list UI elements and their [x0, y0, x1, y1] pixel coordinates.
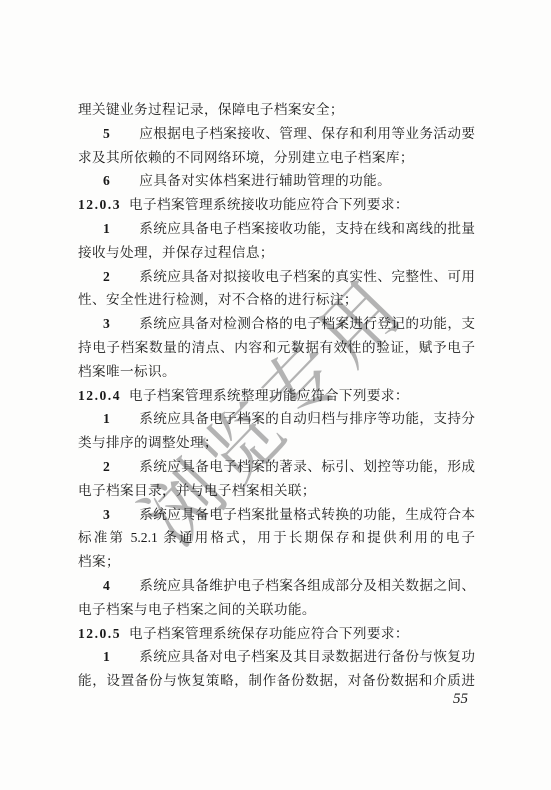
text-line: 12.0.5电子档案管理系统保存功能应符合下列要求：	[78, 622, 475, 646]
clause-number: 12.0.3	[78, 197, 121, 212]
text-line: 求及其所依赖的不同网络环境，分别建立电子档案库；	[78, 146, 475, 170]
line-text: 系统应具备电子档案的著录、标引、划控等功能，形成	[139, 459, 475, 474]
line-text: 档案；	[78, 554, 120, 569]
item-number: 1	[103, 649, 110, 664]
item-number: 1	[103, 411, 110, 426]
line-text: 理关键业务过程记录，保障电子档案安全；	[78, 102, 344, 117]
line-text: 电子档案管理系统整理功能应符合下列要求：	[129, 388, 409, 403]
text-line: 6应具备对实体档案进行辅助管理的功能。	[78, 169, 475, 193]
text-line: 4系统应具备维护电子档案各组成部分及相关数据之间、	[78, 574, 475, 598]
text-line: 3系统应具备电子档案批量格式转换的功能，生成符合本	[78, 503, 475, 527]
text-line: 接收与处理，并保存过程信息；	[78, 241, 475, 265]
line-text: 类与排序的调整处理；	[78, 435, 218, 450]
text-line: 类与排序的调整处理；	[78, 431, 475, 455]
text-line: 3系统应具备对检测合格的电子档案进行登记的功能，支	[78, 312, 475, 336]
line-text: 标准第 5.2.1 条通用格式，用于长期保存和提供利用的电子	[78, 530, 475, 545]
text-line: 档案；	[78, 550, 475, 574]
clause-number: 12.0.5	[78, 626, 121, 641]
line-text: 系统应具备电子档案接收功能，支持在线和离线的批量	[139, 221, 475, 236]
line-text: 系统应具备电子档案的自动归档与排序等功能，支持分	[139, 411, 475, 426]
text-line: 能，设置备份与恢复策略，制作备份数据，对备份数据和介质进	[78, 669, 475, 693]
page-number: 55	[453, 691, 468, 708]
line-text: 电子档案管理系统保存功能应符合下列要求：	[129, 626, 409, 641]
text-line: 理关键业务过程记录，保障电子档案安全；	[78, 98, 475, 122]
line-text: 应具备对实体档案进行辅助管理的功能。	[139, 173, 391, 188]
text-line: 性、安全性进行检测，对不合格的进行标注；	[78, 288, 475, 312]
line-text: 求及其所依赖的不同网络环境，分别建立电子档案库；	[78, 150, 414, 165]
text-line: 12.0.3电子档案管理系统接收功能应符合下列要求：	[78, 193, 475, 217]
line-text: 档案唯一标识。	[78, 364, 176, 379]
item-number: 3	[103, 316, 110, 331]
line-text: 性、安全性进行检测，对不合格的进行标注；	[78, 292, 358, 307]
line-text: 系统应具备对检测合格的电子档案进行登记的功能，支	[139, 316, 475, 331]
item-number: 4	[103, 578, 110, 593]
line-text: 持电子档案数量的清点、内容和元数据有效性的验证，赋予电子	[78, 340, 475, 355]
text-line: 1系统应具备电子档案接收功能，支持在线和离线的批量	[78, 217, 475, 241]
item-number: 3	[103, 507, 110, 522]
item-number: 2	[103, 459, 110, 474]
line-text: 电子档案管理系统接收功能应符合下列要求：	[129, 197, 409, 212]
line-text: 电子档案与电子档案之间的关联功能。	[78, 602, 316, 617]
text-line: 5应根据电子档案接收、管理、保存和利用等业务活动要	[78, 122, 475, 146]
text-line: 1系统应具备对电子档案及其目录数据进行备份与恢复功	[78, 645, 475, 669]
line-text: 系统应具备对拟接收电子档案的真实性、完整性、可用	[139, 269, 475, 284]
item-number: 2	[103, 269, 110, 284]
line-text: 系统应具备电子档案批量格式转换的功能，生成符合本	[139, 507, 475, 522]
line-text: 应根据电子档案接收、管理、保存和利用等业务活动要	[139, 126, 475, 141]
line-text: 接收与处理，并保存过程信息；	[78, 245, 274, 260]
item-number: 5	[103, 126, 110, 141]
line-text: 能，设置备份与恢复策略，制作备份数据，对备份数据和介质进	[78, 673, 475, 688]
line-text: 系统应具备对电子档案及其目录数据进行备份与恢复功	[139, 649, 475, 664]
text-line: 2系统应具备对拟接收电子档案的真实性、完整性、可用	[78, 265, 475, 289]
document-page: 浏览专用 理关键业务过程记录，保障电子档案安全；5应根据电子档案接收、管理、保存…	[0, 0, 551, 790]
line-text: 系统应具备维护电子档案各组成部分及相关数据之间、	[139, 578, 475, 593]
page-body-text: 理关键业务过程记录，保障电子档案安全；5应根据电子档案接收、管理、保存和利用等业…	[78, 98, 475, 693]
text-line: 档案唯一标识。	[78, 360, 475, 384]
clause-number: 12.0.4	[78, 388, 121, 403]
text-line: 持电子档案数量的清点、内容和元数据有效性的验证，赋予电子	[78, 336, 475, 360]
text-line: 电子档案与电子档案之间的关联功能。	[78, 598, 475, 622]
item-number: 6	[103, 173, 110, 188]
text-line: 12.0.4电子档案管理系统整理功能应符合下列要求：	[78, 384, 475, 408]
text-line: 2系统应具备电子档案的著录、标引、划控等功能，形成	[78, 455, 475, 479]
line-text: 电子档案目录，并与电子档案相关联；	[78, 483, 316, 498]
item-number: 1	[103, 221, 110, 236]
text-line: 标准第 5.2.1 条通用格式，用于长期保存和提供利用的电子	[78, 526, 475, 550]
text-line: 电子档案目录，并与电子档案相关联；	[78, 479, 475, 503]
text-line: 1系统应具备电子档案的自动归档与排序等功能，支持分	[78, 407, 475, 431]
